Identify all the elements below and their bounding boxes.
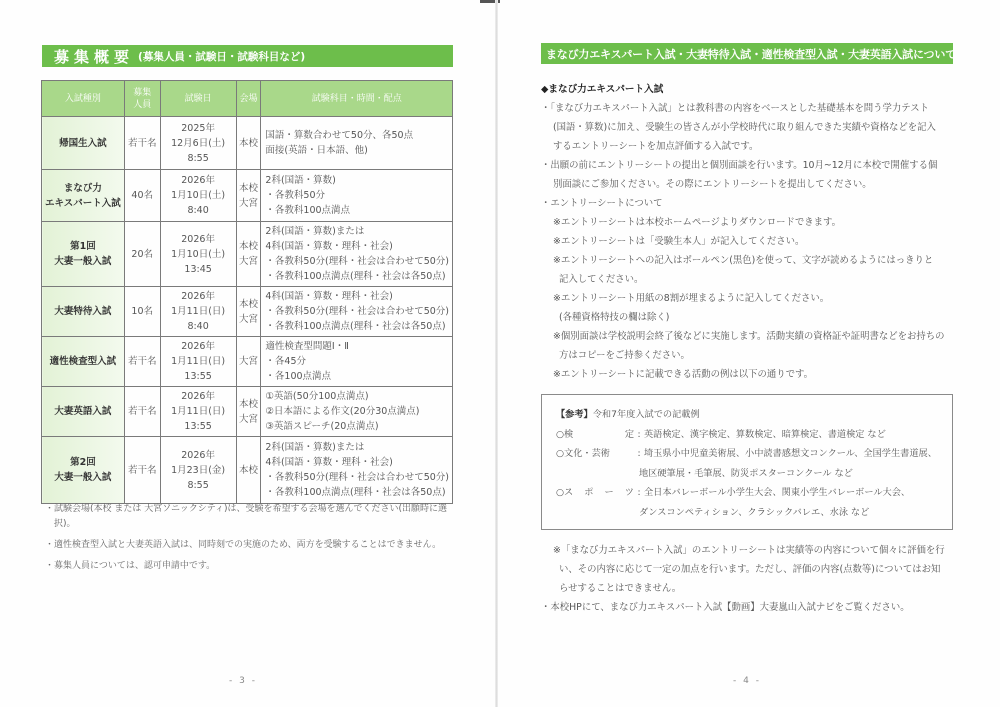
reference-items: 英語検定、漢字検定、算数検定、暗算検定、書道検定 など — [644, 425, 886, 445]
text-line: ※エントリーシートは「受験生本人」が記入してください。 — [541, 232, 961, 251]
cell-exam-type: 大妻特待入試 — [42, 287, 125, 337]
manabi-expert-section: ◆まなび力エキスパート入試 ・「まなび力エキスパート入試」とは教科書の内容をベー… — [541, 80, 961, 384]
cell-capacity: 10名 — [124, 287, 160, 337]
cell-exam-type: 適性検査型入試 — [42, 337, 125, 387]
cell-subjects: 2科(国語・算数)・各教科50分・各教科100点満点 — [261, 170, 453, 222]
table-row: まなび力エキスパート入試40名2026年1月10日(土)8:40本校大宮2科(国… — [42, 170, 453, 222]
page-3: 募集概要 (募集人員・試験日・試験科目など) 入試種別 募集 人員 試験日 会場… — [0, 0, 495, 707]
cell-venue: 本校 — [236, 437, 261, 504]
cell-exam-date: 2026年1月10日(土)13:45 — [160, 222, 236, 287]
section-title-sub: (募集人員・試験日・試験科目など) — [138, 49, 305, 64]
cell-subjects: ①英語(50分100点満点)②日本語による作文(20分30点満点)③英語スピーチ… — [261, 387, 453, 437]
cell-subjects: 2科(国語・算数)または4科(国語・算数・理科・社会)・各教科50分(理科・社会… — [261, 222, 453, 287]
cell-venue: 本校大宮 — [236, 287, 261, 337]
reference-title: 【参考】令和7年度入試での記載例 — [556, 405, 952, 425]
reference-items-continued: 地区硬筆展・毛筆展、防災ポスターコンクール など — [556, 464, 952, 484]
table-row: 帰国生入試若干名2025年12月6日(土)8:55本校国語・算数合わせて50分、… — [42, 117, 453, 170]
cell-subjects: 適性検査型問題Ⅰ・Ⅱ・各45分・各100点満点 — [261, 337, 453, 387]
cell-venue: 本校大宮 — [236, 222, 261, 287]
text-line: 記入してください。 — [541, 270, 961, 289]
cell-exam-type: 第2回大妻一般入試 — [42, 437, 125, 504]
subheading: ◆まなび力エキスパート入試 — [541, 80, 961, 99]
section-title-recruitment-overview: 募集概要 (募集人員・試験日・試験科目など) — [42, 45, 453, 67]
text-line: ※エントリーシートへの記入はボールペン(黒色)を使って、文字が読めるようにはっき… — [541, 251, 961, 270]
text-line: ※「まなび力エキスパート入試」のエントリーシートは実績等の内容について個々に評価… — [541, 541, 961, 560]
reference-label: ○文化・芸術 — [556, 444, 634, 464]
text-line: ・出願の前にエントリーシートの提出と個別面談を行います。10月~12月に本校で開… — [541, 156, 961, 175]
reference-items: 全日本バレーボール小学生大会、関東小学生バレーボール大会、 — [644, 483, 910, 503]
cell-capacity: 若干名 — [124, 437, 160, 504]
cell-exam-date: 2025年12月6日(土)8:55 — [160, 117, 236, 170]
reference-box: 【参考】令和7年度入試での記載例 ○検定:英語検定、漢字検定、算数検定、暗算検定… — [541, 394, 953, 530]
reference-row: ○スポーツ:全日本バレーボール小学生大会、関東小学生バレーボール大会、 — [556, 483, 952, 503]
text-line: (各種資格特技の欄は除く) — [541, 308, 961, 327]
cell-subjects: 2科(国語・算数)または4科(国語・算数・理科・社会)・各教科50分(理科・社会… — [261, 437, 453, 504]
table-row: 第2回大妻一般入試若干名2026年1月23日(金)8:55本校2科(国語・算数)… — [42, 437, 453, 504]
cell-exam-date: 2026年1月11日(日)8:40 — [160, 287, 236, 337]
text-line: ・エントリーシートについて — [541, 194, 961, 213]
text-line: い、その内容に応じて一定の加点を行います。ただし、評価の内容(点数等)については… — [541, 560, 961, 579]
document-spread: 募集概要 (募集人員・試験日・試験科目など) 入試種別 募集 人員 試験日 会場… — [0, 0, 1000, 707]
cell-capacity: 若干名 — [124, 337, 160, 387]
cell-exam-type: 帰国生入試 — [42, 117, 125, 170]
reference-items-continued: ダンスコンペティション、クラシックバレエ、水泳 など — [556, 503, 952, 523]
section-title-exam-details: まなび力エキスパート入試・大妻特待入試・適性検査型入試・大妻英語入試について — [541, 43, 953, 64]
body-text: ・「まなび力エキスパート入試」とは教科書の内容をベースとした基礎基本を問う学力テ… — [541, 99, 961, 384]
reference-label: ○検定 — [556, 425, 634, 445]
text-line: ※エントリーシートに記載できる活動の例は以下の通りです。 — [541, 365, 961, 384]
table-row: 大妻英語入試若干名2026年1月11日(日)13:55本校大宮①英語(50分10… — [42, 387, 453, 437]
cell-exam-type: まなび力エキスパート入試 — [42, 170, 125, 222]
text-line: ※個別面談は学校説明会終了後などに実施します。活動実績の資格証や証明書などをお持… — [541, 327, 961, 346]
text-line: ・「まなび力エキスパート入試」とは教科書の内容をベースとした基礎基本を問う学力テ… — [541, 99, 961, 118]
reference-label: ○スポーツ — [556, 483, 634, 503]
header-exam-type: 入試種別 — [42, 81, 125, 117]
exam-overview-table: 入試種別 募集 人員 試験日 会場 試験科目・時間・配点 帰国生入試若干名202… — [41, 80, 453, 504]
cell-exam-date: 2026年1月10日(土)8:40 — [160, 170, 236, 222]
text-line: らせすることはできません。 — [541, 579, 961, 598]
text-line: 方はコピーをご持参ください。 — [541, 346, 961, 365]
table-header-row: 入試種別 募集 人員 試験日 会場 試験科目・時間・配点 — [42, 81, 453, 117]
reference-row: ○検定:英語検定、漢字検定、算数検定、暗算検定、書道検定 など — [556, 425, 952, 445]
cell-capacity: 20名 — [124, 222, 160, 287]
label-separator: : — [634, 483, 644, 503]
text-line: ※エントリーシート用紙の8割が埋まるように記入してください。 — [541, 289, 961, 308]
page-number: - 3 - — [229, 676, 257, 686]
cell-exam-type: 大妻英語入試 — [42, 387, 125, 437]
notes-list: ・試験会場(本校 または 大宮ソニックシティ)は、受験を希望する会場を選んでくだ… — [45, 502, 455, 580]
header-venue: 会場 — [236, 81, 261, 117]
cell-venue: 本校大宮 — [236, 387, 261, 437]
text-line: 別面談にご参加ください。その際にエントリーシートを提出してください。 — [541, 175, 961, 194]
text-line: ・本校HPにて、まなび力エキスパート入試【動画】大妻嵐山入試ナビをご覧ください。 — [541, 598, 961, 617]
cell-venue: 大宮 — [236, 337, 261, 387]
cell-capacity: 若干名 — [124, 117, 160, 170]
header-capacity: 募集 人員 — [124, 81, 160, 117]
cell-subjects: 国語・算数合わせて50分、各50点面接(英語・日本語、他) — [261, 117, 453, 170]
note-item: ・募集人員については、認可申請中です。 — [45, 559, 455, 574]
text-line: (国語・算数)に加え、受験生の皆さんが小学校時代に取り組んできた実績や資格などを… — [541, 118, 961, 137]
cell-exam-date: 2026年1月11日(日)13:55 — [160, 337, 236, 387]
cell-exam-type: 第1回大妻一般入試 — [42, 222, 125, 287]
section-title-main: 募集概要 — [54, 46, 134, 67]
page-number: - 4 - — [733, 676, 761, 686]
label-separator: : — [634, 444, 644, 464]
table-row: 第1回大妻一般入試20名2026年1月10日(土)13:45本校大宮2科(国語・… — [42, 222, 453, 287]
cell-exam-date: 2026年1月11日(日)13:55 — [160, 387, 236, 437]
note-item: ・試験会場(本校 または 大宮ソニックシティ)は、受験を希望する会場を選んでくだ… — [45, 502, 455, 532]
text-line: ※エントリーシートは本校ホームページよりダウンロードできます。 — [541, 213, 961, 232]
reference-items: 埼玉県小中児童美術展、小中読書感想文コンクール、全国学生書道展、 — [644, 444, 937, 464]
table-row: 大妻特待入試10名2026年1月11日(日)8:40本校大宮4科(国語・算数・理… — [42, 287, 453, 337]
cell-exam-date: 2026年1月23日(金)8:55 — [160, 437, 236, 504]
cell-venue: 本校大宮 — [236, 170, 261, 222]
cell-venue: 本校 — [236, 117, 261, 170]
text-line: するエントリーシートを加点評価する入試です。 — [541, 137, 961, 156]
cell-capacity: 若干名 — [124, 387, 160, 437]
label-separator: : — [634, 425, 644, 445]
header-subjects: 試験科目・時間・配点 — [261, 81, 453, 117]
header-exam-date: 試験日 — [160, 81, 236, 117]
reference-row: ○文化・芸術:埼玉県小中児童美術展、小中読書感想文コンクール、全国学生書道展、 — [556, 444, 952, 464]
bottom-notes: ※「まなび力エキスパート入試」のエントリーシートは実績等の内容について個々に評価… — [541, 541, 961, 617]
table-row: 適性検査型入試若干名2026年1月11日(日)13:55大宮適性検査型問題Ⅰ・Ⅱ… — [42, 337, 453, 387]
cell-subjects: 4科(国語・算数・理科・社会)・各教科50分(理科・社会は合わせて50分)・各教… — [261, 287, 453, 337]
note-item: ・適性検査型入試と大妻英語入試は、同時刻での実施のため、両方を受験することはでき… — [45, 538, 455, 553]
cell-capacity: 40名 — [124, 170, 160, 222]
